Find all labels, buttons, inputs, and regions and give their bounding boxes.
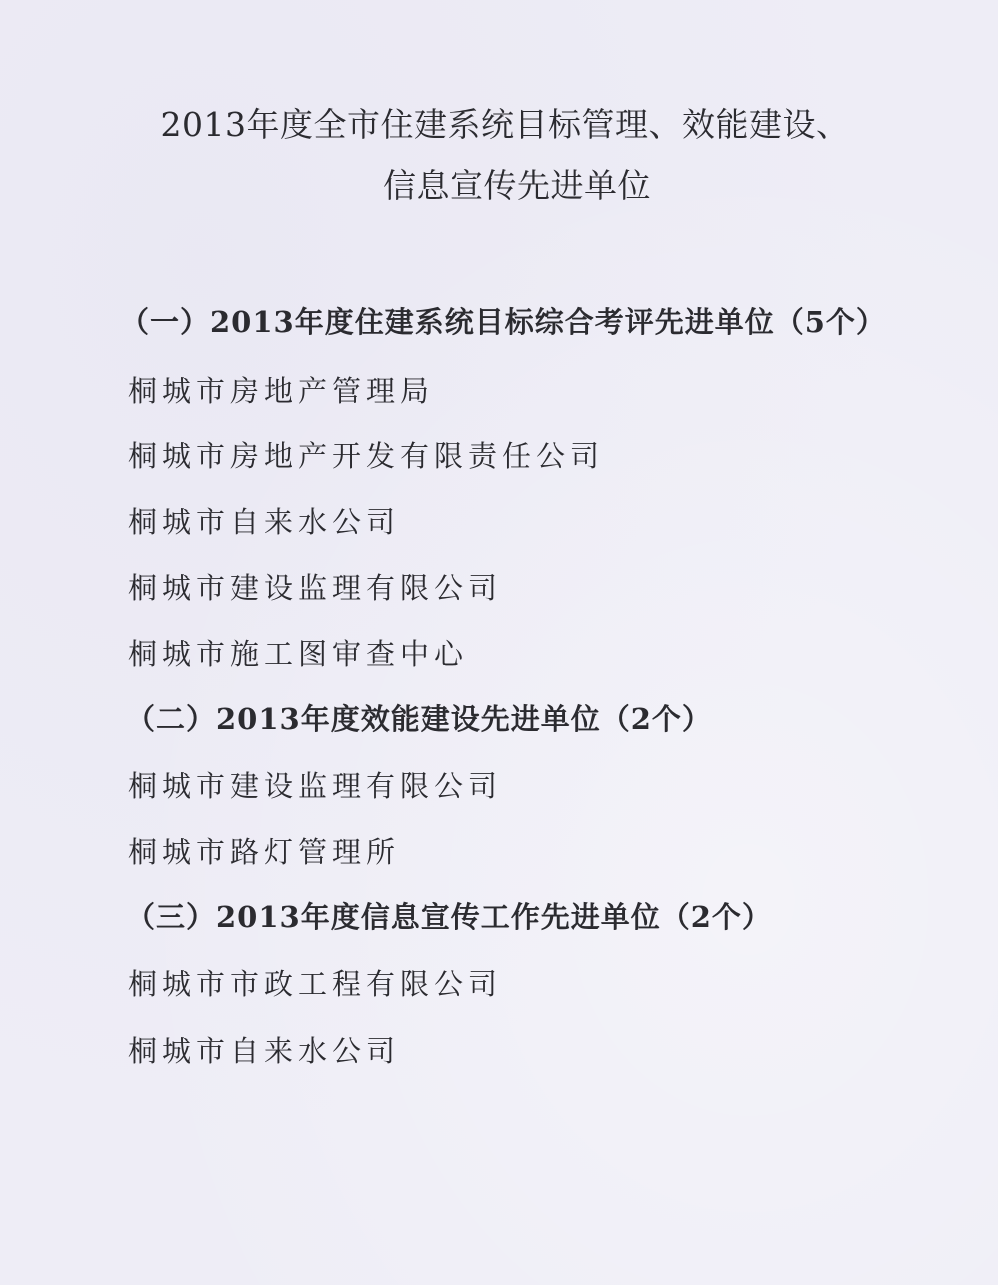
section-heading-3: （三）2013年度信息宣传工作先进单位（2个） — [126, 895, 772, 936]
unit-item: 桐城市建设监理有限公司 — [128, 764, 502, 805]
section-heading-1: （一）2013年度住建系统目标综合考评先进单位（5个） — [120, 300, 886, 341]
unit-item: 桐城市房地产管理局 — [128, 369, 434, 410]
unit-item: 桐城市市政工程有限公司 — [128, 962, 502, 1003]
unit-item: 桐城市施工图审查中心 — [128, 632, 468, 673]
unit-item: 桐城市自来水公司 — [128, 500, 400, 541]
unit-item: 桐城市自来水公司 — [128, 1029, 400, 1070]
unit-item: 桐城市路灯管理所 — [128, 830, 400, 871]
scanned-document-page: 2013年度全市住建系统目标管理、效能建设、 信息宣传先进单位 （一）2013年… — [0, 0, 998, 1285]
document-title-line-1: 2013年度全市住建系统目标管理、效能建设、 — [6, 99, 998, 146]
section-heading-2: （二）2013年度效能建设先进单位（2个） — [126, 697, 712, 738]
document-title-line-2: 信息宣传先进单位 — [18, 160, 998, 207]
unit-item: 桐城市建设监理有限公司 — [128, 566, 502, 607]
unit-item: 桐城市房地产开发有限责任公司 — [128, 434, 604, 475]
